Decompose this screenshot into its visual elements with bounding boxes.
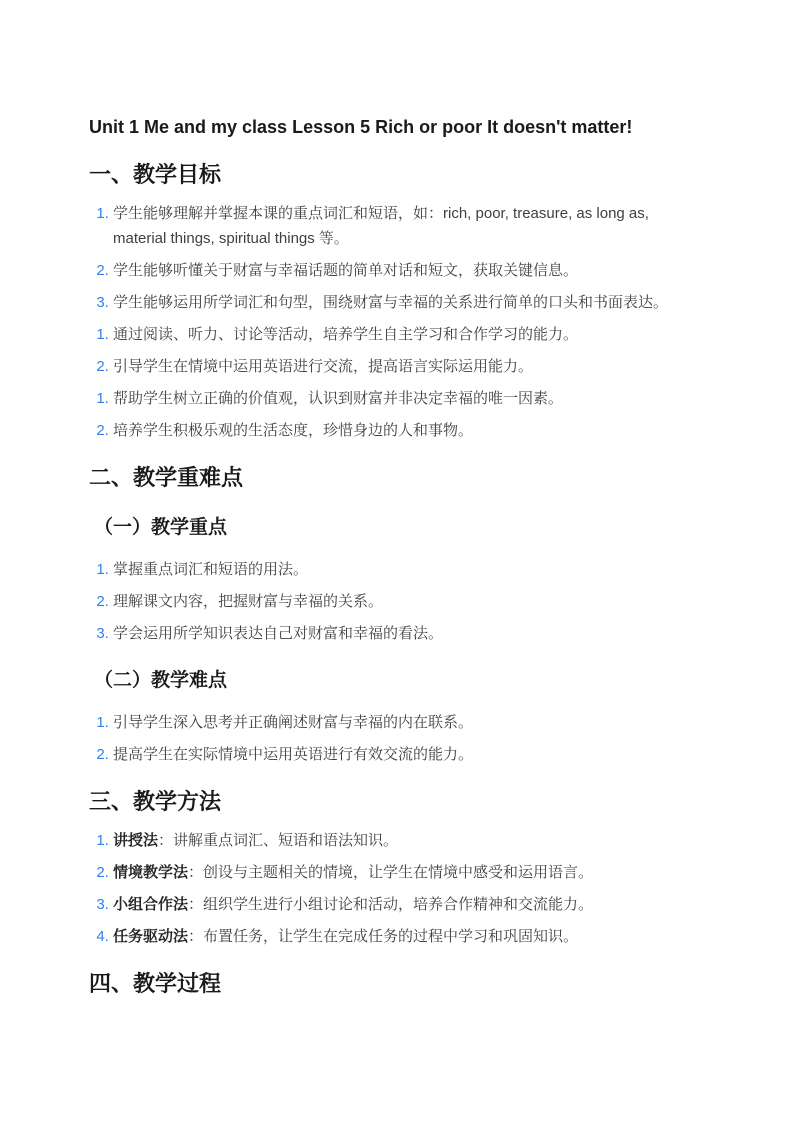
list-item: 掌握重点词汇和短语的用法。 [113, 557, 702, 582]
key-points-list: 掌握重点词汇和短语的用法。理解课文内容，把握财富与幸福的关系。学会运用所学知识表… [89, 557, 702, 646]
method-description: ：讲解重点词汇、短语和语法知识。 [158, 832, 398, 849]
list-item: 学会运用所学知识表达自己对财富和幸福的看法。 [113, 621, 702, 646]
list-item: 引导学生在情境中运用英语进行交流，提高语言实际运用能力。 [113, 354, 702, 379]
list-item: 培养学生积极乐观的生活态度，珍惜身边的人和事物。 [113, 418, 702, 443]
list-item: 讲授法：讲解重点词汇、短语和语法知识。 [113, 828, 702, 853]
list-item: 通过阅读、听力、讨论等活动，培养学生自主学习和合作学习的能力。 [113, 322, 702, 347]
knowledge-objectives-list: 学生能够理解并掌握本课的重点词汇和短语，如：rich, poor, treasu… [89, 201, 702, 315]
list-item: 学生能够运用所学词汇和句型，围绕财富与幸福的关系进行简单的口头和书面表达。 [113, 290, 702, 315]
section-heading: 二、教学重难点 [89, 463, 702, 493]
method-name: 讲授法 [113, 832, 158, 849]
method-description: ：布置任务，让学生在完成任务的过程中学习和巩固知识。 [188, 928, 578, 945]
section-heading: 一、教学目标 [89, 160, 702, 190]
list-item: 小组合作法：组织学生进行小组讨论和活动，培养合作精神和交流能力。 [113, 892, 702, 917]
method-name: 情境教学法 [113, 864, 188, 881]
list-item: 情境教学法：创设与主题相关的情境，让学生在情境中感受和运用语言。 [113, 860, 702, 885]
document-page: Unit 1 Me and my class Lesson 5 Rich or … [0, 0, 794, 1123]
difficult-points-list: 引导学生深入思考并正确阐述财富与幸福的内在联系。提高学生在实际情境中运用英语进行… [89, 710, 702, 767]
subsection-heading: （二）教学难点 [89, 668, 702, 694]
method-description: ：创设与主题相关的情境，让学生在情境中感受和运用语言。 [188, 864, 593, 881]
section-heading: 三、教学方法 [89, 787, 702, 817]
list-item: 提高学生在实际情境中运用英语进行有效交流的能力。 [113, 742, 702, 767]
method-description: ：组织学生进行小组讨论和活动，培养合作精神和交流能力。 [188, 896, 593, 913]
document-title: Unit 1 Me and my class Lesson 5 Rich or … [89, 114, 702, 140]
teaching-methods-list: 讲授法：讲解重点词汇、短语和语法知识。情境教学法：创设与主题相关的情境，让学生在… [89, 828, 702, 949]
emotion-objectives-list: 帮助学生树立正确的价值观，认识到财富并非决定幸福的唯一因素。培养学生积极乐观的生… [89, 386, 702, 443]
subsection-heading: （一）教学重点 [89, 515, 702, 541]
list-item: 帮助学生树立正确的价值观，认识到财富并非决定幸福的唯一因素。 [113, 386, 702, 411]
list-item: 任务驱动法：布置任务，让学生在完成任务的过程中学习和巩固知识。 [113, 924, 702, 949]
document-body: 一、教学目标学生能够理解并掌握本课的重点词汇和短语，如：rich, poor, … [89, 160, 702, 999]
method-name: 小组合作法 [113, 896, 188, 913]
ability-objectives-list: 通过阅读、听力、讨论等活动，培养学生自主学习和合作学习的能力。引导学生在情境中运… [89, 322, 702, 379]
list-item: 理解课文内容，把握财富与幸福的关系。 [113, 589, 702, 614]
section-heading: 四、教学过程 [89, 969, 702, 999]
list-item: 引导学生深入思考并正确阐述财富与幸福的内在联系。 [113, 710, 702, 735]
list-item: 学生能够理解并掌握本课的重点词汇和短语，如：rich, poor, treasu… [113, 201, 702, 251]
method-name: 任务驱动法 [113, 928, 188, 945]
list-item: 学生能够听懂关于财富与幸福话题的简单对话和短文，获取关键信息。 [113, 258, 702, 283]
